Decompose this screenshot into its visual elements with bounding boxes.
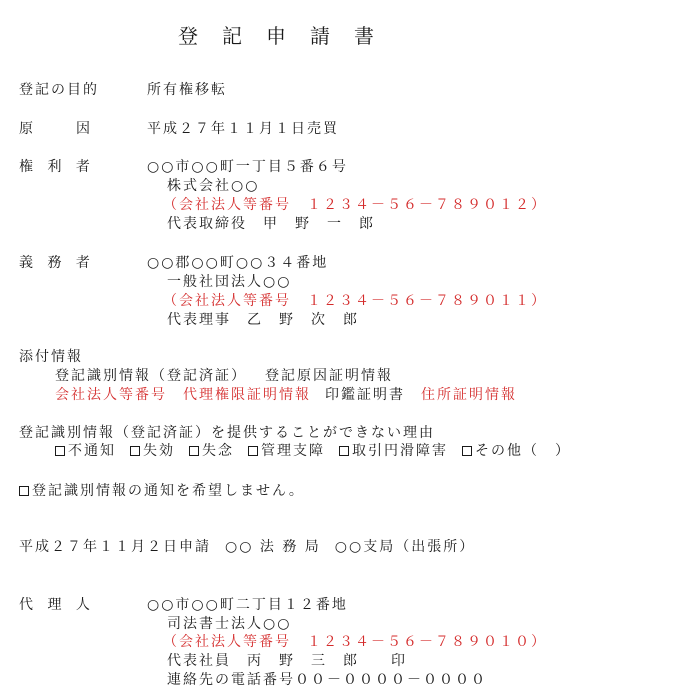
attachment-seal-certificate: 印鑑証明書 (325, 387, 405, 403)
option-transaction-issue[interactable]: 取引円滑障害 (339, 441, 448, 461)
purpose-label: 登記の目的 (19, 80, 99, 100)
agent-phone: 連絡先の電話番号００－００００－００００ (167, 670, 487, 690)
obligor-name: 一般社団法人○○ (167, 272, 291, 292)
obligor-corp-number: （会社法人等番号 １２３４－５６－７８９０１１） (163, 291, 547, 311)
checkbox-icon[interactable] (462, 446, 472, 456)
purpose-value: 所有権移転 (147, 80, 227, 100)
attachments-line1: 登記識別情報（登記済証）登記原因証明情報 (55, 366, 393, 386)
checkbox-icon[interactable] (189, 446, 199, 456)
unable-reason-label: 登記識別情報（登記済証）を提供することができない理由 (19, 423, 435, 443)
right-holder-label: 権 利 者 (19, 157, 95, 177)
application-date: 平成２７年１１月２日申請 (19, 539, 211, 555)
attachment-corp-number: 会社法人等番号 (55, 387, 167, 403)
application-line: 平成２７年１１月２日申請○○ 法 務 局○○支局（出張所） (19, 537, 475, 557)
unable-reason-options: 不通知失効失念管理支障取引円滑障害その他（ ） (55, 441, 571, 461)
agent-representative: 代表社員 丙 野 三 郎 印 (167, 651, 407, 671)
obligor-representative: 代表理事 乙 野 次 郎 (167, 310, 359, 330)
attachments-line2: 会社法人等番号代理権限証明情報印鑑証明書住所証明情報 (55, 385, 517, 405)
checkbox-icon[interactable] (55, 446, 65, 456)
attachment-registration-id: 登記識別情報（登記済証） (55, 368, 247, 384)
obligor-label: 義 務 者 (19, 253, 95, 273)
right-holder-representative: 代表取締役 甲 野 一 郎 (167, 214, 375, 234)
attachment-cause-proof: 登記原因証明情報 (265, 368, 393, 384)
right-holder-name: 株式会社○○ (167, 176, 259, 196)
obligor-address: ○○郡○○町○○３４番地 (147, 253, 328, 273)
checkbox-icon[interactable] (19, 486, 29, 496)
document-title: 登記申請書 (178, 22, 398, 50)
right-holder-corp-number: （会社法人等番号 １２３４－５６－７８９０１２） (163, 195, 547, 215)
cause-value: 平成２７年１１月１日売買 (147, 119, 339, 139)
option-not-notified[interactable]: 不通知 (55, 441, 116, 461)
agent-address: ○○市○○町二丁目１２番地 (147, 595, 348, 615)
right-holder-address: ○○市○○町一丁目５番６号 (147, 157, 348, 177)
checkbox-icon[interactable] (130, 446, 140, 456)
agent-corp-number: （会社法人等番号 １２３４－５６－７８９０１０） (163, 632, 547, 652)
option-expired[interactable]: 失効 (130, 441, 175, 461)
application-bureau: ○○ 法 務 局 (225, 539, 321, 555)
no-notification-label: 登記識別情報の通知を希望しません。 (32, 483, 305, 499)
no-notification-option[interactable]: 登記識別情報の通知を希望しません。 (19, 481, 305, 501)
attachment-agency-proof: 代理権限証明情報 (183, 387, 311, 403)
option-other[interactable]: その他（ ） (462, 441, 571, 461)
option-lost[interactable]: 失念 (189, 441, 234, 461)
attachment-address-proof: 住所証明情報 (421, 387, 517, 403)
checkbox-icon[interactable] (248, 446, 258, 456)
cause-label: 原 因 (19, 119, 95, 139)
application-branch: ○○支局（出張所） (335, 539, 475, 555)
checkbox-icon[interactable] (339, 446, 349, 456)
agent-name: 司法書士法人○○ (167, 614, 291, 634)
attachments-label: 添付情報 (19, 347, 83, 367)
agent-label: 代 理 人 (19, 595, 95, 615)
option-management-issue[interactable]: 管理支障 (248, 441, 325, 461)
